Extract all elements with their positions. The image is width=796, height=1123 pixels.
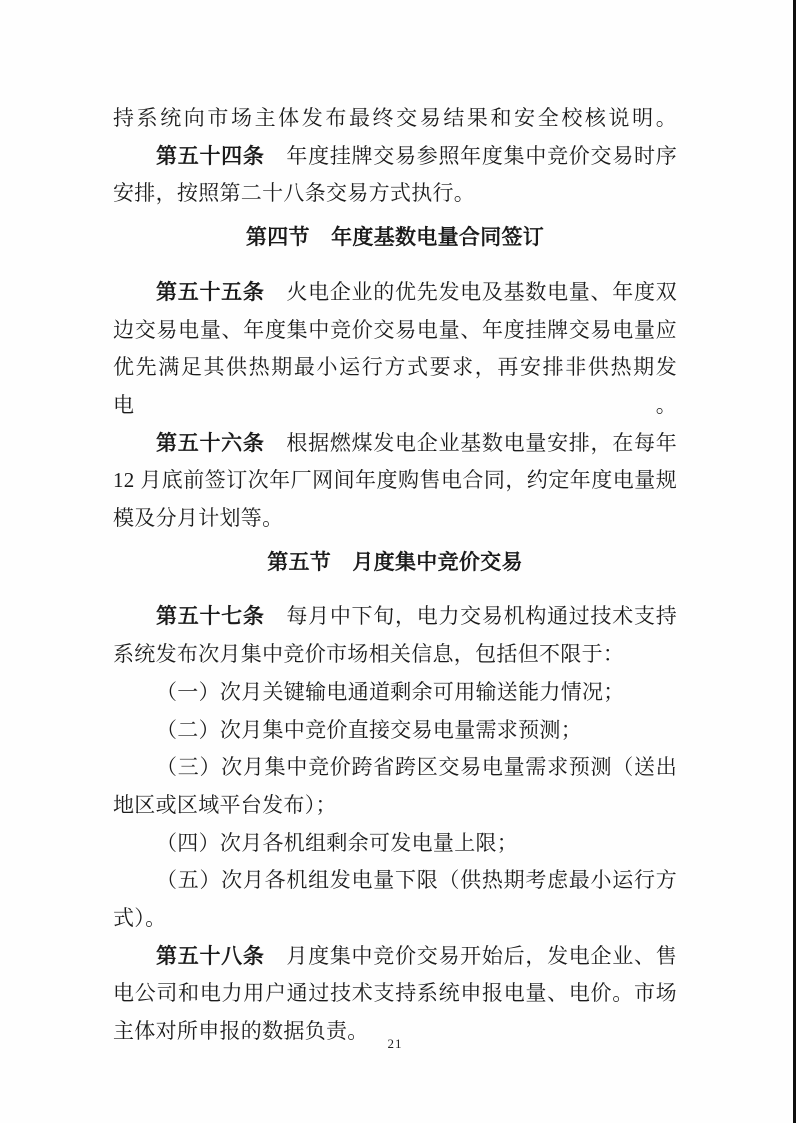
text-segment: 安排，按照第二十八条交易方式执行。: [113, 181, 475, 205]
text-segment: 火电企业的优先发电及基数电量、年度双: [265, 280, 677, 304]
article-number: 第五十四条: [156, 144, 265, 168]
text-line: 地区或区域平台发布）；: [113, 787, 677, 825]
page-number: 21: [113, 1036, 677, 1052]
text-line: 系统发布次月集中竞价市场相关信息，包括但不限于：: [113, 636, 677, 674]
text-line: （五）次月各机组发电量下限（供热期考虑最小运行方: [113, 862, 677, 900]
text-segment: 模及分月计划等。: [113, 506, 283, 530]
document-page: 持系统向市场主体发布最终交易结果和安全校核说明。第五十四条 年度挂牌交易参照年度…: [0, 0, 796, 1123]
text-line: 第五十六条 根据燃煤发电企业基数电量安排，在每年: [113, 425, 677, 463]
page-body: 持系统向市场主体发布最终交易结果和安全校核说明。第五十四条 年度挂牌交易参照年度…: [113, 100, 677, 1051]
text-line: 式）。: [113, 900, 677, 938]
text-segment: 系统发布次月集中竞价市场相关信息，包括但不限于：: [113, 642, 624, 666]
text-segment: 月度集中竞价交易开始后，发电企业、售: [265, 944, 677, 968]
text-segment: 根据燃煤发电企业基数电量安排，在每年: [265, 431, 677, 455]
section-heading: 第四节 年度基数电量合同签订: [113, 219, 677, 257]
text-segment: 年度挂牌交易参照年度集中竞价交易时序: [265, 144, 677, 168]
text-segment: （一）次月关键输电通道剩余可用输送能力情况；: [156, 680, 625, 704]
text-segment: 12 月底前签订次年厂网间年度购售电合同，约定年度电量规: [113, 468, 677, 492]
article-number: 第五十六条: [156, 431, 265, 455]
text-line: （四）次月各机组剩余可发电量上限；: [113, 825, 677, 863]
text-line: 第五十八条 月度集中竞价交易开始后，发电企业、售: [113, 938, 677, 976]
text-line: 模及分月计划等。: [113, 500, 677, 538]
text-line: 安排，按照第二十八条交易方式执行。: [113, 175, 677, 213]
text-line: （三）次月集中竞价跨省跨区交易电量需求预测（送出: [113, 749, 677, 787]
text-line: 持系统向市场主体发布最终交易结果和安全校核说明。: [113, 100, 677, 138]
text-segment: 式）。: [113, 906, 166, 930]
text-segment: （二）次月集中竞价直接交易电量需求预测；: [156, 718, 582, 742]
article-number: 第五十七条: [156, 604, 265, 628]
section-heading: 第五节 月度集中竞价交易: [113, 544, 677, 582]
text-segment: （五）次月各机组发电量下限（供热期考虑最小运行方: [156, 868, 677, 892]
text-line: 12 月底前签订次年厂网间年度购售电合同，约定年度电量规: [113, 462, 677, 500]
heading-text: 第五节 月度集中竞价交易: [267, 550, 523, 574]
text-line: （一）次月关键输电通道剩余可用输送能力情况；: [113, 674, 677, 712]
text-line: 第五十五条 火电企业的优先发电及基数电量、年度双: [113, 274, 677, 312]
text-segment: 电公司和电力用户通过技术支持系统申报电量、电价。市场: [113, 981, 677, 1005]
heading-text: 第四节 年度基数电量合同签订: [246, 225, 544, 249]
text-segment: （三）次月集中竞价跨省跨区交易电量需求预测（送出: [156, 755, 677, 779]
text-line: 优先满足其供热期最小运行方式要求，再安排非供热期发电。: [113, 349, 677, 424]
text-line: 第五十四条 年度挂牌交易参照年度集中竞价交易时序: [113, 138, 677, 176]
text-segment: 优先满足其供热期最小运行方式要求，再安排非供热期发电。: [113, 355, 677, 417]
article-number: 第五十八条: [156, 944, 265, 968]
text-line: 边交易电量、年度集中竞价交易电量、年度挂牌交易电量应: [113, 312, 677, 350]
text-line: （二）次月集中竞价直接交易电量需求预测；: [113, 712, 677, 750]
article-number: 第五十五条: [156, 280, 265, 304]
text-line: 电公司和电力用户通过技术支持系统申报电量、电价。市场: [113, 975, 677, 1013]
text-segment: 边交易电量、年度集中竞价交易电量、年度挂牌交易电量应: [113, 318, 677, 342]
text-segment: 每月中下旬，电力交易机构通过技术支持: [265, 604, 677, 628]
text-segment: （四）次月各机组剩余可发电量上限；: [156, 831, 518, 855]
text-segment: 持系统向市场主体发布最终交易结果和安全校核说明。: [113, 106, 677, 130]
text-segment: 地区或区域平台发布）；: [113, 793, 337, 817]
text-line: 第五十七条 每月中下旬，电力交易机构通过技术支持: [113, 598, 677, 636]
